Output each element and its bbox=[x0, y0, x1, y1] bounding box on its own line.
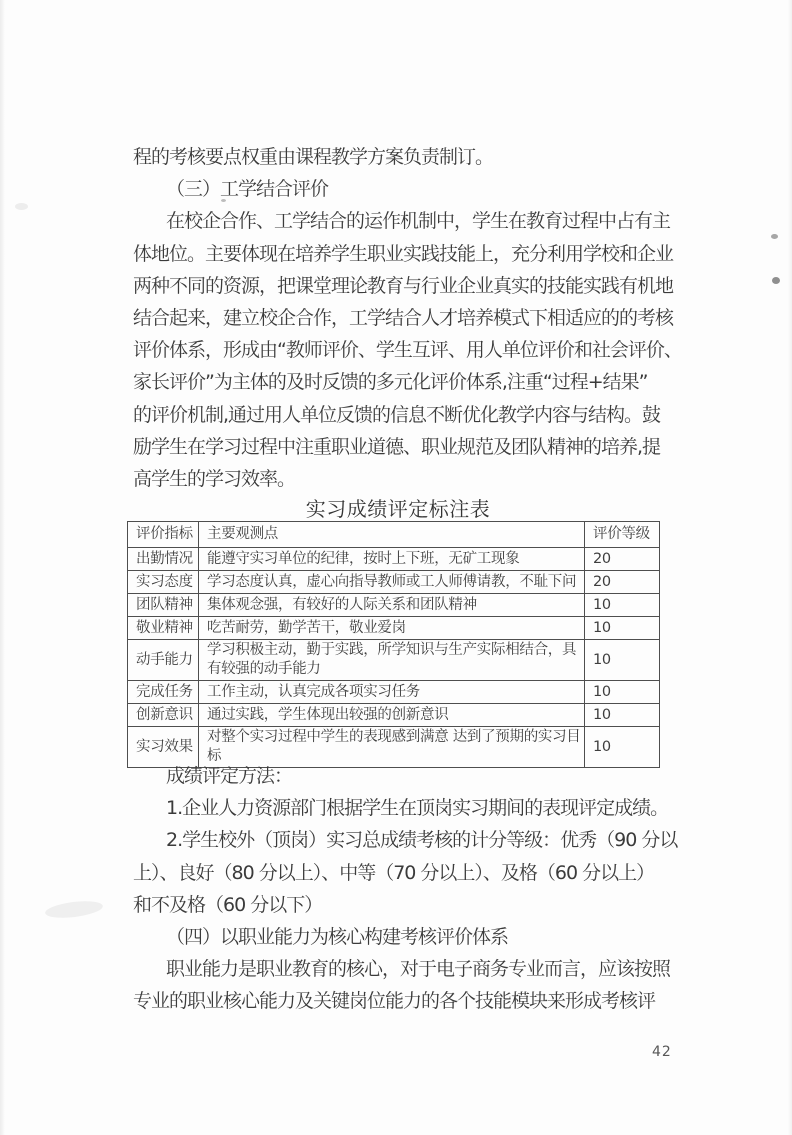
body-line: 专业的职业核心能力及关键岗位能力的各个技能模块来形成考核评 bbox=[133, 985, 685, 1017]
method-heading: 成绩评定方法： bbox=[133, 760, 685, 792]
cell-grade: 10 bbox=[585, 681, 660, 704]
body-line: 励学生在学习过程中注重职业道德、职业规范及团队精神的培养,提 bbox=[133, 431, 685, 463]
cell-grade: 10 bbox=[585, 594, 660, 617]
body-line: 的评价机制,通过用人单位反馈的信息不断优化教学内容与结构。鼓 bbox=[133, 399, 685, 431]
cell-grade: 10 bbox=[585, 704, 660, 727]
body-line: 体地位。主要体现在培养学生职业实践技能上，充分利用学校和企业 bbox=[133, 238, 685, 270]
body-line: 2.学生校外（顶岗）实习总成绩考核的计分等级：优秀（90 分以 bbox=[133, 824, 685, 856]
header-indicator: 评价指标 bbox=[128, 522, 199, 548]
cell-indicator: 完成任务 bbox=[128, 681, 199, 704]
cell-indicator: 动手能力 bbox=[128, 640, 199, 681]
cell-indicator: 创新意识 bbox=[128, 704, 199, 727]
table-row: 出勤情况 能遵守实习单位的纪律，按时上下班，无矿工现象 20 bbox=[128, 548, 660, 571]
table-row: 动手能力 学习积极主动，勤于实践，所学知识与生产实际相结合，具有较强的动手能力 … bbox=[128, 640, 660, 681]
body-line: 结合起来，建立校企合作，工学结合人才培养模式下相适应的的考核 bbox=[133, 302, 685, 334]
body-line: 1.企业人力资源部门根据学生在顶岗实习期间的表现评定成绩。 bbox=[133, 792, 685, 824]
document-page: 程的考核要点权重由课程教学方案负责制订。 （三）工学结合评价 在校企合作、工学结… bbox=[0, 0, 792, 1135]
table-header-row: 评价指标 主要观测点 评价等级 bbox=[128, 522, 660, 548]
page-number: 42 bbox=[652, 1044, 672, 1060]
cell-indicator: 敬业精神 bbox=[128, 617, 199, 640]
scan-speck bbox=[772, 277, 780, 284]
body-line: 评价体系，形成由“教师评价、学生互评、用人单位评价和社会评价、 bbox=[133, 334, 685, 366]
cell-points: 集体观念强，有较好的人际关系和团队精神 bbox=[199, 594, 585, 617]
scan-edge-left bbox=[0, 0, 5, 1135]
header-points: 主要观测点 bbox=[199, 522, 585, 548]
scan-speck bbox=[771, 234, 778, 239]
scan-smudge bbox=[221, 199, 226, 202]
cell-indicator: 团队精神 bbox=[128, 594, 199, 617]
body-text-upper: 程的考核要点权重由课程教学方案负责制订。 （三）工学结合评价 在校企合作、工学结… bbox=[133, 141, 685, 495]
table-row: 创新意识 通过实践，学生体现出较强的创新意识 10 bbox=[128, 704, 660, 727]
cell-grade: 10 bbox=[585, 640, 660, 681]
scan-smudge bbox=[44, 899, 103, 921]
table-row: 敬业精神 吃苦耐劳，勤学苦干，敬业爱岗 10 bbox=[128, 617, 660, 640]
body-line: 家长评价”为主体的及时反馈的多元化评价体系,注重“过程+结果” bbox=[133, 366, 685, 398]
cell-grade: 10 bbox=[585, 617, 660, 640]
table-row: 团队精神 集体观念强，有较好的人际关系和团队精神 10 bbox=[128, 594, 660, 617]
cell-points: 学习态度认真，虚心向指导教师或工人师傅请教，不耻下问 bbox=[199, 571, 585, 594]
body-line: 程的考核要点权重由课程教学方案负责制订。 bbox=[133, 141, 685, 173]
section-heading-3: （三）工学结合评价 bbox=[133, 173, 685, 205]
table-row: 完成任务 工作主动，认真完成各项实习任务 10 bbox=[128, 681, 660, 704]
cell-grade: 20 bbox=[585, 548, 660, 571]
cell-indicator: 出勤情况 bbox=[128, 548, 199, 571]
cell-grade: 20 bbox=[585, 571, 660, 594]
body-line: 在校企合作、工学结合的运作机制中，学生在教育过程中占有主 bbox=[133, 205, 685, 237]
evaluation-table: 评价指标 主要观测点 评价等级 出勤情况 能遵守实习单位的纪律，按时上下班，无矿… bbox=[127, 521, 660, 768]
cell-points: 能遵守实习单位的纪律，按时上下班，无矿工现象 bbox=[199, 548, 585, 571]
scan-edge-right bbox=[788, 0, 792, 1135]
table-row: 实习态度 学习态度认真，虚心向指导教师或工人师傅请教，不耻下问 20 bbox=[128, 571, 660, 594]
body-line: 上）、良好（80 分以上）、中等（70 分以上）、及格（60 分以上） bbox=[133, 857, 685, 889]
section-heading-4: （四）以职业能力为核心构建考核评价体系 bbox=[133, 921, 685, 953]
body-line: 和不及格（60 分以下） bbox=[133, 889, 685, 921]
cell-indicator: 实习态度 bbox=[128, 571, 199, 594]
cell-points: 通过实践，学生体现出较强的创新意识 bbox=[199, 704, 585, 727]
header-grade: 评价等级 bbox=[585, 522, 660, 548]
cell-points: 吃苦耐劳，勤学苦干，敬业爱岗 bbox=[199, 617, 585, 640]
table-title: 实习成绩评定标注表 bbox=[133, 493, 663, 522]
scan-smudge bbox=[15, 203, 28, 210]
body-line: 高学生的学习效率。 bbox=[133, 463, 685, 495]
cell-points: 工作主动，认真完成各项实习任务 bbox=[199, 681, 585, 704]
body-text-lower: 成绩评定方法： 1.企业人力资源部门根据学生在顶岗实习期间的表现评定成绩。 2.… bbox=[133, 760, 685, 1018]
body-line: 职业能力是职业教育的核心，对于电子商务专业而言，应该按照 bbox=[133, 953, 685, 985]
cell-points: 学习积极主动，勤于实践，所学知识与生产实际相结合，具有较强的动手能力 bbox=[199, 640, 585, 681]
body-line: 两种不同的资源，把课堂理论教育与行业企业真实的技能实践有机地 bbox=[133, 270, 685, 302]
